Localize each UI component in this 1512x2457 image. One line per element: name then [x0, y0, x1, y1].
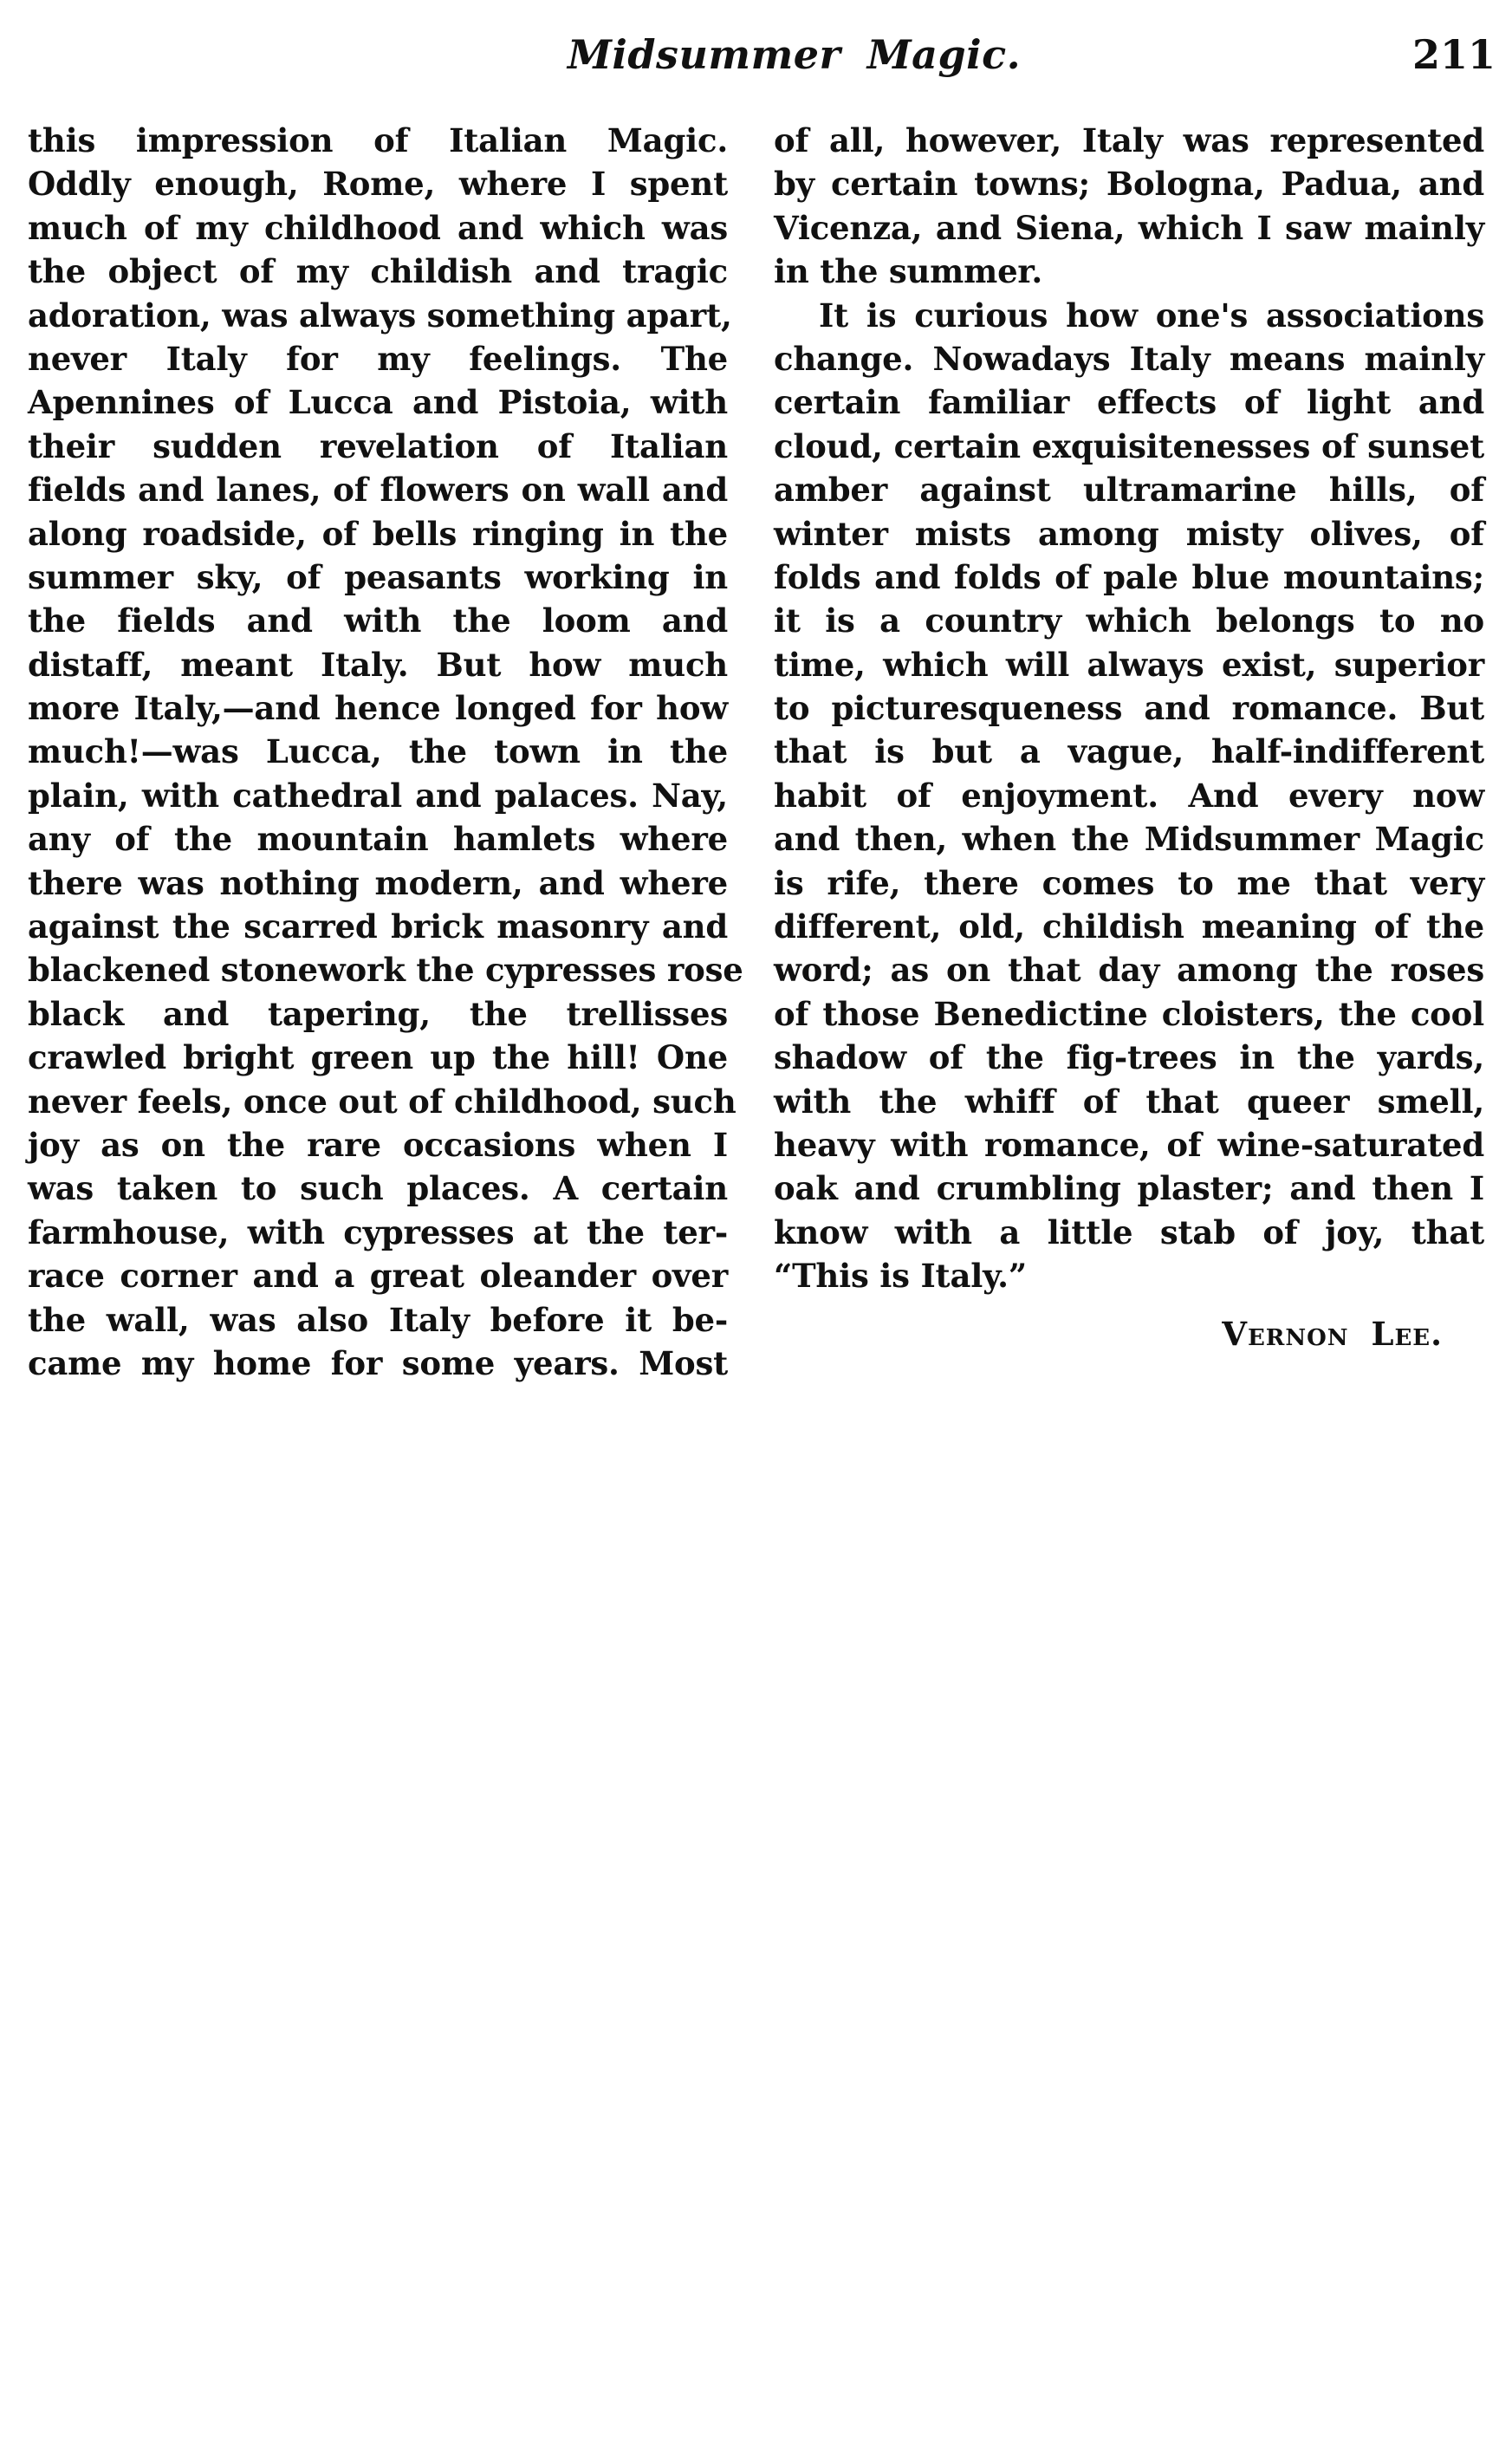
text-line: never Italy for my feelings. The: [28, 337, 728, 380]
text-line: amber against ultramarine hills, of: [774, 468, 1484, 511]
text-line: time, which will always exist, superior: [774, 643, 1484, 686]
text-line: joy as on the rare occasions when I: [28, 1123, 728, 1167]
text-line: shadow of the fig-trees in the yards,: [774, 1036, 1484, 1079]
text-line: much!—was Lucca, the town in the: [28, 730, 728, 773]
paragraph-end-line: in the summer.: [774, 250, 1484, 293]
text-line: the fields and with the loom and: [28, 599, 728, 642]
text-line: it is a country which belongs to no: [774, 599, 1484, 642]
text-line: and then, when the Midsummer Magic: [774, 817, 1484, 861]
text-line: with the whiff of that queer smell,: [774, 1080, 1484, 1123]
text-line: this impression of Italian Magic.: [28, 119, 728, 162]
text-line: Apennines of Lucca and Pistoia, with: [28, 380, 728, 424]
running-head: Midsummer Magic. 211: [0, 24, 1512, 85]
text-line: heavy with romance, of wine-saturated: [774, 1123, 1484, 1167]
text-line: blackened stonework the cypresses rose: [28, 948, 728, 991]
text-line: farmhouse, with cypresses at the ter-: [28, 1211, 728, 1254]
text-line: plain, with cathedral and palaces. Nay,: [28, 774, 728, 817]
closing-quote-line: “This is Italy.”: [774, 1254, 1484, 1297]
text-line: different, old, childish meaning of the: [774, 905, 1484, 948]
text-line: summer sky, of peasants working in: [28, 556, 728, 599]
running-title: Midsummer Magic.: [568, 24, 1021, 85]
text-line: folds and folds of pale blue mountains;: [774, 556, 1484, 599]
text-line: cloud, certain exquisitenesses of sunset: [774, 425, 1484, 468]
text-line: their sudden revelation of Italian: [28, 425, 728, 468]
text-line: black and tapering, the trellisses: [28, 992, 728, 1036]
text-line: know with a little stab of joy, that: [774, 1211, 1484, 1254]
text-line: adoration, was always something apart,: [28, 294, 728, 337]
text-line: by certain towns; Bologna, Padua, and: [774, 162, 1484, 205]
text-line: was taken to such places. A certain: [28, 1167, 728, 1210]
text-line: word; as on that day among the roses: [774, 948, 1484, 991]
text-line: of those Benedictine cloisters, the cool: [774, 992, 1484, 1036]
paragraph-start-line: It is curious how one's associations: [774, 294, 1484, 337]
right-column: of all, however, Italy was represented b…: [774, 119, 1484, 1364]
text-line: the object of my childish and tragic: [28, 250, 728, 293]
text-line: winter mists among misty olives, of: [774, 512, 1484, 556]
text-line: distaff, meant Italy. But how much: [28, 643, 728, 686]
text-line: race corner and a great oleander over: [28, 1254, 728, 1297]
page-number: 211: [1412, 24, 1496, 85]
text-line: crawled bright green up the hill! One: [28, 1036, 728, 1079]
text-line: Oddly enough, Rome, where I spent: [28, 162, 728, 205]
text-line: much of my childhood and which was: [28, 206, 728, 250]
text-line: habit of enjoyment. And every now: [774, 774, 1484, 817]
text-line: of all, however, Italy was represented: [774, 119, 1484, 162]
text-line: never feels, once out of childhood, such: [28, 1080, 728, 1123]
text-line: the wall, was also Italy before it be-: [28, 1298, 728, 1342]
text-line: any of the mountain hamlets where: [28, 817, 728, 861]
author-signature: Vernon Lee.: [774, 1298, 1484, 1364]
text-line: change. Nowadays Italy means mainly: [774, 337, 1484, 380]
text-line: came my home for some years. Most: [28, 1342, 728, 1385]
text-line: fields and lanes, of flowers on wall and: [28, 468, 728, 511]
text-line: more Italy,—and hence longed for how: [28, 686, 728, 730]
text-line: oak and crumbling plaster; and then I: [774, 1167, 1484, 1210]
text-line: certain familiar effects of light and: [774, 380, 1484, 424]
text-line: there was nothing modern, and where: [28, 861, 728, 905]
text-line: against the scarred brick masonry and: [28, 905, 728, 948]
text-line: to picturesqueness and romance. But: [774, 686, 1484, 730]
text-line: that is but a vague, half-indifferent: [774, 730, 1484, 773]
left-column: this impression of Italian Magic. Oddly …: [28, 119, 728, 1385]
text-line: Vicenza, and Siena, which I saw mainly: [774, 206, 1484, 250]
text-line: is rife, there comes to me that very: [774, 861, 1484, 905]
text-line: along roadside, of bells ringing in the: [28, 512, 728, 556]
